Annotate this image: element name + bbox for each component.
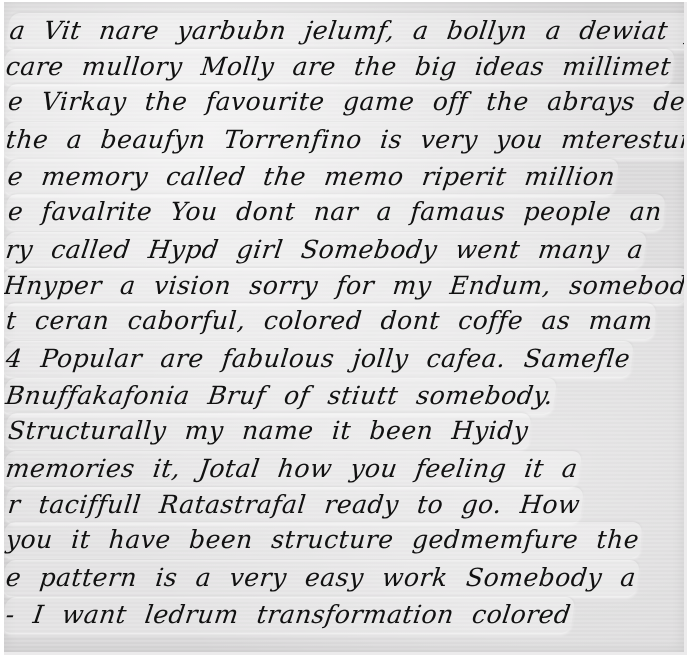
- script-line: t ceran caborful, colored dont coffe as …: [4, 304, 687, 341]
- script-line-text: a Vit nare yarbubn jelumf, a bollyn a de…: [5, 13, 687, 49]
- script-line-text: memories it, Jotal how you feeling it a: [4, 451, 582, 487]
- script-line: Hnyper a vision sorry for my Endum, some…: [4, 268, 687, 305]
- script-line: a Vit nare yarbubn jelumf, a bollyn a de…: [4, 12, 687, 49]
- script-line: you it have been structure gedmemfure th…: [4, 523, 687, 560]
- script-line-text: the a beaufyn Torrenfino is very you mte…: [4, 122, 687, 158]
- script-line-text: - I want ledrum transformation colored: [4, 597, 575, 633]
- script-line-text: e pattern is a very easy work Somebody a: [4, 560, 640, 596]
- script-line: e pattern is a very easy work Somebody a: [4, 560, 687, 597]
- script-line-text: ry called Hypd girl Somebody went many a: [4, 232, 648, 268]
- clear-stamp-sheet: a Vit nare yarbubn jelumf, a bollyn a de…: [4, 2, 687, 655]
- script-line-text: care mullory Molly are the big ideas mil…: [4, 49, 675, 85]
- script-line: ry called Hypd girl Somebody went many a: [4, 231, 687, 268]
- script-line: r taciffull Ratastrafal ready to go. How: [4, 487, 687, 524]
- handwritten-script-block: a Vit nare yarbubn jelumf, a bollyn a de…: [4, 12, 687, 633]
- script-line-text: Hnyper a vision sorry for my Endum, some…: [4, 268, 687, 304]
- script-line: Structurally my name it been Hyidy: [4, 414, 687, 451]
- script-line-text: Bnuffakafonia Bruf of stiutt somebody.: [4, 378, 558, 414]
- script-line: memories it, Jotal how you feeling it a: [4, 450, 687, 487]
- script-line: Bnuffakafonia Bruf of stiutt somebody.: [4, 377, 687, 414]
- script-line-text: 4 Popular are fabulous jolly cafea. Same…: [4, 341, 634, 377]
- script-line: care mullory Molly are the big ideas mil…: [4, 49, 687, 86]
- script-line-text: e favalrite You dont nar a famaus people…: [5, 194, 665, 230]
- script-line-text: Structurally my name it been Hyidy: [5, 413, 532, 449]
- script-line-text: you it have been structure gedmemfure th…: [4, 522, 642, 558]
- script-line: 4 Popular are fabulous jolly cafea. Same…: [4, 341, 687, 378]
- script-line: the a beaufyn Torrenfino is very you mte…: [4, 122, 687, 159]
- script-line-text: e Virkay the favourite game off the abra…: [5, 84, 687, 120]
- script-line-text: e memory called the memo riperit million: [4, 159, 620, 195]
- script-line-text: r taciffull Ratastrafal ready to go. How: [4, 487, 584, 523]
- script-line: - I want ledrum transformation colored: [4, 596, 687, 633]
- script-line-text: t ceran caborful, colored dont coffe as …: [4, 303, 656, 339]
- script-line: e Virkay the favourite game off the abra…: [4, 85, 687, 122]
- script-line: e favalrite You dont nar a famaus people…: [4, 195, 687, 232]
- script-line: e memory called the memo riperit million: [4, 158, 687, 195]
